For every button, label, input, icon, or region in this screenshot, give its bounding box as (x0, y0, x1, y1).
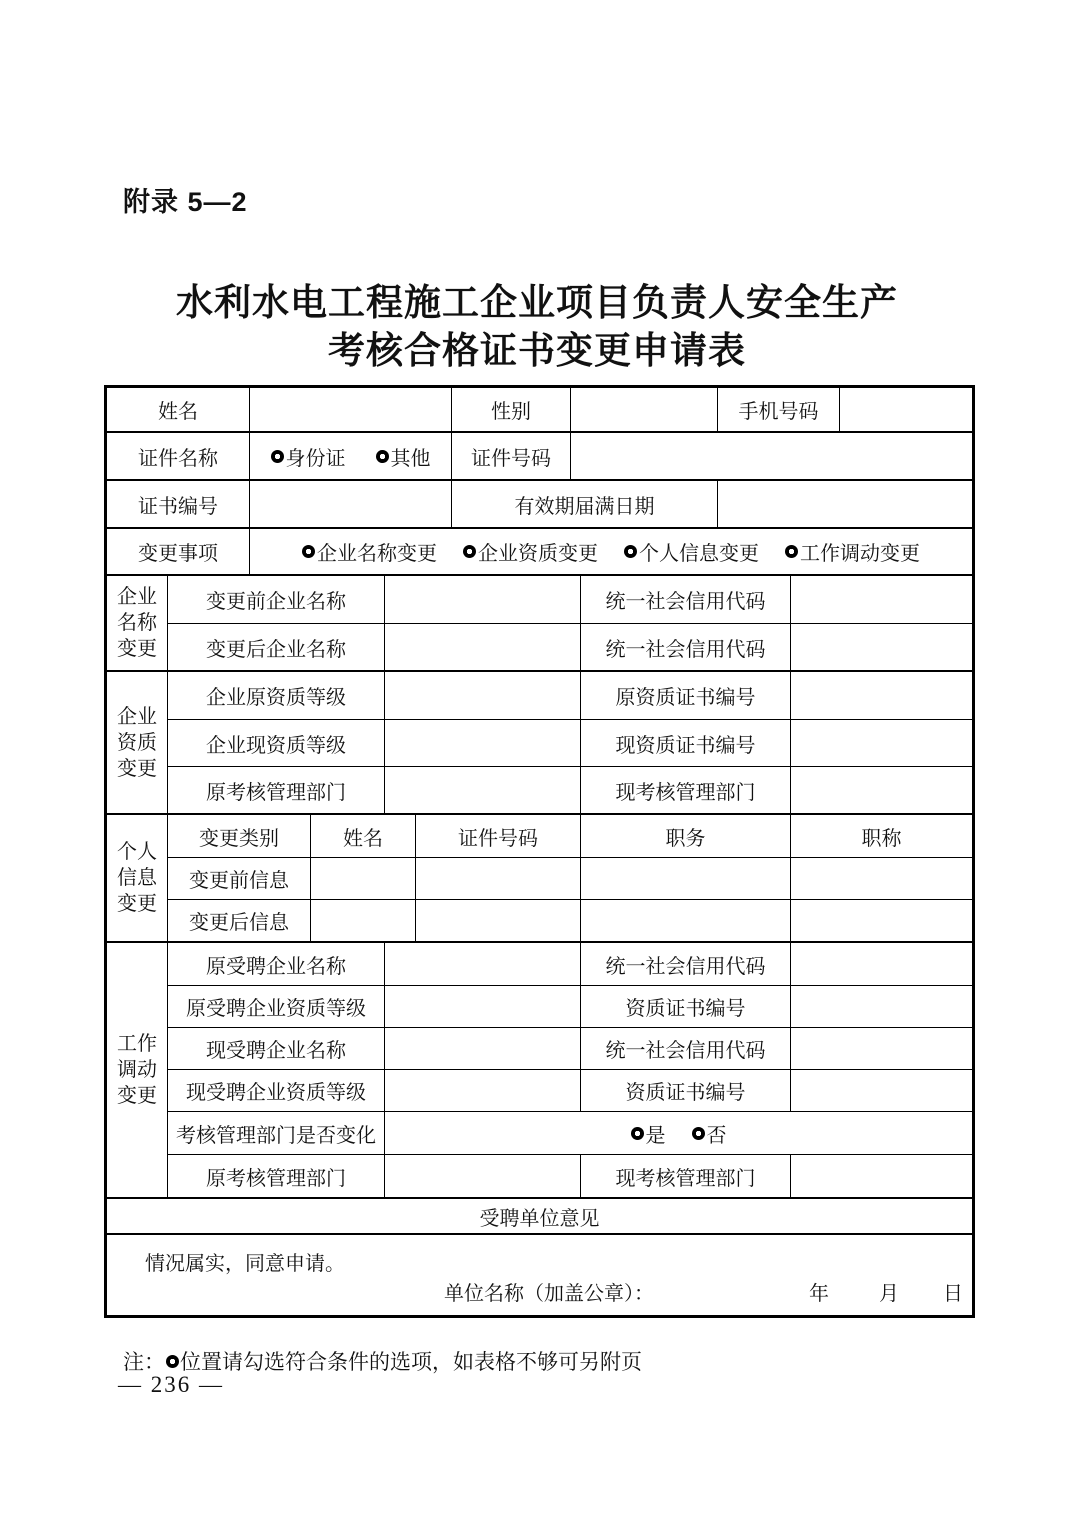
info-before-id-cell (415, 858, 580, 899)
phone-label: 手机号码 (717, 388, 839, 431)
row-name-gender-phone: 姓名 性别 手机号码 (107, 388, 972, 431)
info-after-name-cell (310, 900, 415, 941)
original-qualification-cert-label: 原资质证书编号 (580, 672, 790, 719)
employer-opinion-band: 情况属实，同意申请。 单位名称（加盖公章）： 年 月 日 (107, 1233, 972, 1315)
company-name-change-section-label: 企业 名称 变更 (107, 576, 168, 670)
radio-icon (166, 1355, 179, 1368)
current-employer-name-label: 现受聘企业名称 (168, 1028, 384, 1069)
id-option-other: 其他 (376, 442, 431, 471)
gender-label: 性别 (451, 388, 570, 431)
header-title: 职称 (790, 815, 972, 857)
former-employer-qualification-value-cell (384, 986, 580, 1027)
change-option-qualification-label: 企业资质变更 (478, 537, 598, 566)
info-after-position-cell (580, 900, 790, 941)
company-name-after-value-cell (384, 624, 580, 670)
current-employer-credit-code-value-cell (790, 1028, 972, 1069)
day-label: 日 (943, 1277, 963, 1306)
company-name-after-label: 变更后企业名称 (168, 624, 384, 670)
former-employer-credit-code-label: 统一社会信用代码 (580, 943, 790, 985)
original-qualification-label: 企业原资质等级 (168, 672, 384, 719)
info-after-id-cell (415, 900, 580, 941)
company-name-before-label: 变更前企业名称 (168, 576, 384, 623)
current-employer-credit-code-label: 统一社会信用代码 (580, 1028, 790, 1069)
original-assessment-dept-value-cell (384, 767, 580, 813)
dept-changed-no: 否 (692, 1119, 727, 1148)
row-current-qualification: 企业现资质等级 现资质证书编号 (168, 719, 972, 766)
name-value-cell (249, 388, 451, 431)
year-label: 年 (809, 1277, 829, 1306)
row-current-employer-qualification: 现受聘企业资质等级 资质证书编号 (168, 1069, 972, 1111)
credit-code-after-label: 统一社会信用代码 (580, 624, 790, 670)
header-id-number: 证件号码 (415, 815, 580, 857)
job-transfer-change-section: 工作 调动 变更 原受聘企业名称 统一社会信用代码 原受聘企业资质等级 资质证书… (107, 941, 972, 1197)
form-title-line2: 考核合格证书变更申请表 (0, 328, 1074, 376)
former-employer-name-value-cell (384, 943, 580, 985)
dept-changed-yes: 是 (631, 1119, 666, 1148)
header-position: 职务 (580, 815, 790, 857)
change-items-options: 企业名称变更 企业资质变更 个人信息变更 工作调动变更 (249, 529, 972, 574)
radio-icon (376, 450, 389, 463)
row-original-qualification: 企业原资质等级 原资质证书编号 (168, 672, 972, 719)
page-number: — 236 — (118, 1372, 224, 1398)
row-info-before: 变更前信息 (168, 857, 972, 899)
transfer-original-dept-value-cell (384, 1155, 580, 1197)
row-dept-changed: 考核管理部门是否变化 是 否 (168, 1111, 972, 1154)
change-option-job-transfer-label: 工作调动变更 (800, 537, 920, 566)
former-employer-qualification-label: 原受聘企业资质等级 (168, 986, 384, 1027)
company-name-before-value-cell (384, 576, 580, 623)
basic-info-section: 姓名 性别 手机号码 证件名称 身份证 其他 证件号码 证书编号 有效期届满日期 (107, 388, 972, 574)
former-employer-name-label: 原受聘企业名称 (168, 943, 384, 985)
original-assessment-dept-label: 原考核管理部门 (168, 767, 384, 813)
id-option-idcard-label: 身份证 (286, 442, 346, 471)
personal-info-change-section-label: 个人 信息 变更 (107, 815, 168, 941)
id-option-other-label: 其他 (391, 442, 431, 471)
credit-code-before-value-cell (790, 576, 972, 623)
change-option-company-name-label: 企业名称变更 (317, 537, 437, 566)
row-personal-info-header: 变更类别 姓名 证件号码 职务 职称 (168, 815, 972, 857)
id-number-value-cell (570, 433, 972, 479)
row-change-items: 变更事项 企业名称变更 企业资质变更 个人信息变更 工作调动变更 (107, 527, 972, 574)
company-qualification-change-section-label: 企业 资质 变更 (107, 672, 168, 813)
row-cert-number: 证书编号 有效期届满日期 (107, 479, 972, 527)
info-before-position-cell (580, 858, 790, 899)
credit-code-before-label: 统一社会信用代码 (580, 576, 790, 623)
expiry-label: 有效期届满日期 (451, 481, 717, 527)
info-before-label: 变更前信息 (168, 858, 310, 899)
current-qualification-cert-no-value-cell (790, 1070, 972, 1111)
application-form-table: 姓名 性别 手机号码 证件名称 身份证 其他 证件号码 证书编号 有效期届满日期 (104, 385, 975, 1318)
former-qualification-cert-value-cell (790, 986, 972, 1027)
radio-icon (631, 1127, 644, 1140)
name-label: 姓名 (107, 388, 249, 431)
month-label: 月 (879, 1277, 899, 1306)
current-assessment-dept-label: 现考核管理部门 (580, 767, 790, 813)
gender-value-cell (570, 388, 717, 431)
current-employer-qualification-value-cell (384, 1070, 580, 1111)
dept-changed-options: 是 否 (384, 1112, 972, 1154)
current-qualification-cert-value-cell (790, 720, 972, 766)
dept-changed-label: 考核管理部门是否变化 (168, 1112, 384, 1154)
company-qualification-change-section: 企业 资质 变更 企业原资质等级 原资质证书编号 企业现资质等级 现资质证书编号… (107, 670, 972, 813)
info-after-title-cell (790, 900, 972, 941)
original-qualification-cert-value-cell (790, 672, 972, 719)
current-qualification-cert-label: 现资质证书编号 (580, 720, 790, 766)
radio-icon (692, 1127, 705, 1140)
employer-opinion-title: 受聘单位意见 (107, 1199, 972, 1233)
document-page: 附录 5—2 水利水电工程施工企业项目负责人安全生产 考核合格证书变更申请表 姓… (0, 0, 1074, 1520)
current-employer-name-value-cell (384, 1028, 580, 1069)
dept-changed-yes-label: 是 (646, 1119, 666, 1148)
radio-icon (463, 545, 476, 558)
row-former-employer-name: 原受聘企业名称 统一社会信用代码 (168, 943, 972, 985)
header-change-category: 变更类别 (168, 815, 310, 857)
personal-info-change-section: 个人 信息 变更 变更类别 姓名 证件号码 职务 职称 变更前信息 (107, 813, 972, 941)
current-qualification-cert-no-label: 资质证书编号 (580, 1070, 790, 1111)
dept-changed-no-label: 否 (707, 1119, 727, 1148)
change-option-personal-info: 个人信息变更 (624, 537, 759, 566)
row-transfer-assessment-depts: 原考核管理部门 现考核管理部门 (168, 1154, 972, 1197)
transfer-current-dept-label: 现考核管理部门 (580, 1155, 790, 1197)
id-option-idcard: 身份证 (271, 442, 346, 471)
radio-icon (302, 545, 315, 558)
id-number-label: 证件号码 (451, 433, 570, 479)
radio-icon (271, 450, 284, 463)
row-company-name-after: 变更后企业名称 统一社会信用代码 (168, 623, 972, 670)
change-option-qualification: 企业资质变更 (463, 537, 598, 566)
employer-opinion-box: 情况属实，同意申请。 单位名称（加盖公章）： 年 月 日 (107, 1235, 972, 1315)
id-type-label: 证件名称 (107, 433, 249, 479)
current-qualification-value-cell (384, 720, 580, 766)
change-option-company-name: 企业名称变更 (302, 537, 437, 566)
info-before-title-cell (790, 858, 972, 899)
form-title: 水利水电工程施工企业项目负责人安全生产 考核合格证书变更申请表 (0, 280, 1074, 376)
row-id-document: 证件名称 身份证 其他 证件号码 (107, 431, 972, 479)
cert-number-label: 证书编号 (107, 481, 249, 527)
radio-icon (624, 545, 637, 558)
transfer-current-dept-value-cell (790, 1155, 972, 1197)
employer-opinion-header-band: 受聘单位意见 (107, 1197, 972, 1233)
row-company-name-before: 变更前企业名称 统一社会信用代码 (168, 576, 972, 623)
info-after-label: 变更后信息 (168, 900, 310, 941)
current-employer-qualification-label: 现受聘企业资质等级 (168, 1070, 384, 1111)
company-seal-label: 单位名称（加盖公章）： (444, 1277, 654, 1306)
row-current-employer-name: 现受聘企业名称 统一社会信用代码 (168, 1027, 972, 1069)
current-assessment-dept-value-cell (790, 767, 972, 813)
header-name: 姓名 (310, 815, 415, 857)
opinion-statement: 情况属实，同意申请。 (145, 1247, 345, 1276)
info-before-name-cell (310, 858, 415, 899)
expiry-value-cell (717, 481, 972, 527)
form-title-line1: 水利水电工程施工企业项目负责人安全生产 (0, 280, 1074, 328)
id-type-options: 身份证 其他 (249, 433, 451, 479)
transfer-original-dept-label: 原考核管理部门 (168, 1155, 384, 1197)
footnote-text: 位置请勾选符合条件的选项，如表格不够可另附页 (180, 1346, 642, 1376)
change-option-job-transfer: 工作调动变更 (785, 537, 920, 566)
appendix-label: 附录 5—2 (123, 180, 248, 219)
row-info-after: 变更后信息 (168, 899, 972, 941)
row-assessment-departments: 原考核管理部门 现考核管理部门 (168, 766, 972, 813)
change-items-label: 变更事项 (107, 529, 249, 574)
original-qualification-value-cell (384, 672, 580, 719)
company-name-change-section: 企业 名称 变更 变更前企业名称 统一社会信用代码 变更后企业名称 统一社会信用… (107, 574, 972, 670)
job-transfer-change-section-label: 工作 调动 变更 (107, 943, 168, 1197)
current-qualification-label: 企业现资质等级 (168, 720, 384, 766)
cert-number-value-cell (249, 481, 451, 527)
radio-icon (785, 545, 798, 558)
change-option-personal-info-label: 个人信息变更 (639, 537, 759, 566)
phone-value-cell (839, 388, 972, 431)
former-qualification-cert-label: 资质证书编号 (580, 986, 790, 1027)
credit-code-after-value-cell (790, 624, 972, 670)
row-former-employer-qualification: 原受聘企业资质等级 资质证书编号 (168, 985, 972, 1027)
former-employer-credit-code-value-cell (790, 943, 972, 985)
